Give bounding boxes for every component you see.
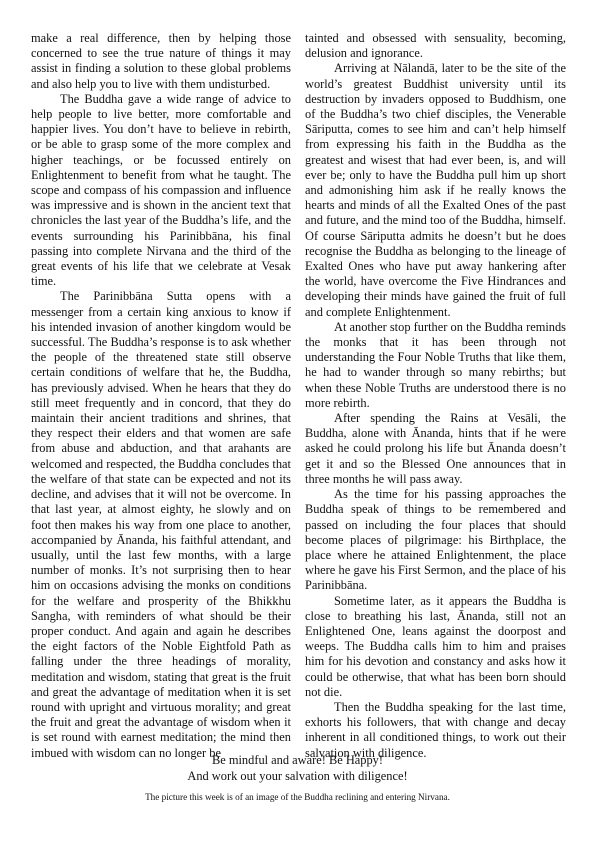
left-column: make a real difference, then by helping …	[31, 31, 291, 761]
paragraph: After spending the Rains at Vesāli, the …	[305, 411, 566, 487]
closing-line-1: Be mindful and aware! Be Happy!	[0, 753, 595, 769]
paragraph: The Parinibbāna Sutta opens with a messe…	[31, 289, 291, 760]
paragraph: make a real difference, then by helping …	[31, 31, 291, 92]
paragraph: Sometime later, as it appears the Buddha…	[305, 594, 566, 700]
paragraph: At another stop further on the Buddha re…	[305, 320, 566, 411]
closing-line-2: And work out your salvation with diligen…	[0, 769, 595, 785]
paragraph: Then the Buddha speaking for the last ti…	[305, 700, 566, 761]
paragraph: As the time for his passing approaches t…	[305, 487, 566, 593]
picture-caption: The picture this week is of an image of …	[0, 792, 595, 803]
right-column: tainted and obsessed with sensuality, be…	[305, 31, 566, 761]
paragraph: Arriving at Nālandā, later to be the sit…	[305, 61, 566, 319]
closing-message: Be mindful and aware! Be Happy! And work…	[0, 753, 595, 784]
paragraph: The Buddha gave a wide range of advice t…	[31, 92, 291, 290]
paragraph: tainted and obsessed with sensuality, be…	[305, 31, 566, 61]
